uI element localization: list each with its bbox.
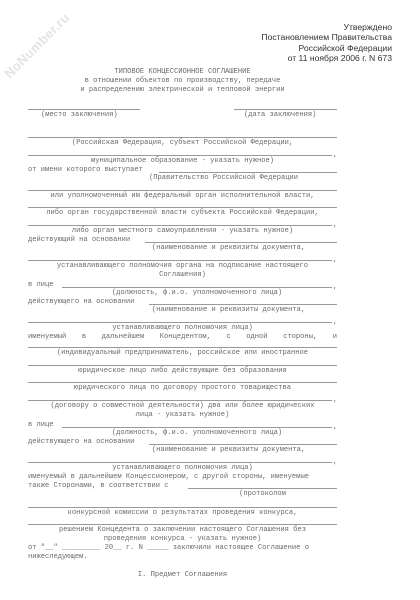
grantor-named-clause: именуемый в дальнейшем Концедентом, с од… (28, 332, 337, 342)
field-hint: Соглашения) (28, 270, 337, 280)
field-hint: (индивидуальный предприниматель, российс… (28, 348, 337, 358)
field-hint: (протоколом (188, 489, 337, 499)
date-label: (дата заключения) (244, 110, 316, 120)
field-hint: конкурсной комиссии о результатах провед… (28, 508, 337, 518)
approval-line: Утверждено (261, 22, 392, 32)
approval-stamp: Утверждено Постановлением Правительства … (261, 22, 392, 63)
parties-clause: также Сторонами, в соответствии с (28, 481, 168, 491)
field-hint: (Правительство Российской Федерации (110, 173, 337, 183)
field-hint: юридического лица по договору простого т… (28, 383, 337, 393)
field-hint: или уполномоченный им федеральный орган … (28, 191, 337, 201)
field-hint: (Российская Федерация, субъект Российско… (28, 138, 337, 148)
acting-basis-label: действующего на основании (28, 437, 134, 447)
approval-line: от 11 ноября 2006 г. N 673 (261, 53, 392, 63)
field-hint: либо орган государственной власти субъек… (28, 208, 337, 218)
approval-line: Российской Федерации (261, 43, 392, 53)
field-hint: юридическое лицо либо действующие без об… (28, 366, 337, 376)
document-subtitle: и распределению электрической и тепловой… (28, 85, 337, 95)
in-person-label: в лице (28, 280, 54, 290)
field-hint: (наименование и реквизиты документа, (120, 243, 337, 253)
field-hint: (наименование и реквизиты документа, (120, 305, 337, 315)
acting-basis-label: действующий на основании (28, 235, 130, 245)
date-number-clause-end: нижеследующем. (28, 552, 88, 562)
place-label: (место заключения) (41, 110, 118, 120)
field-hint: (наименование и реквизиты документа, (120, 445, 337, 455)
section-heading: I. Предмет Соглашения (28, 570, 337, 580)
approval-line: Постановлением Правительства (261, 32, 392, 42)
in-person-label: в лице (28, 420, 54, 430)
field-hint: лица - указать нужное) (28, 410, 337, 420)
acting-basis-label: действующего на основании (28, 297, 134, 307)
